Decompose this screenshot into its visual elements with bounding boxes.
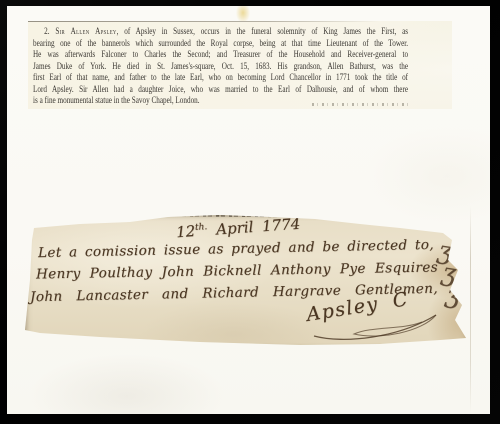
print-line-text: , of Apsley in Sussex, occurs in the fun…: [117, 26, 408, 36]
signature-swash: [310, 310, 450, 346]
print-line: He was afterwards Falconer to Charles th…: [33, 49, 408, 61]
scanned-document-screenshot: 2. Sir Allen Apsley, of Apsley in Sussex…: [0, 0, 500, 424]
date-ordinal: th.: [195, 222, 208, 233]
print-line: 2. Sir Allen Apsley, of Apsley in Sussex…: [33, 26, 408, 38]
person-name: Sir Allen Apsley: [55, 26, 116, 36]
scan-page-background: 2. Sir Allen Apsley, of Apsley in Sussex…: [7, 6, 490, 414]
date-day: 12: [176, 222, 196, 241]
item-number: 2.: [44, 26, 49, 36]
print-line: James Duke of York. He died in St. James…: [33, 61, 408, 73]
cut-off-text-fragment: [312, 103, 410, 106]
printed-clipping: 2. Sir Allen Apsley, of Apsley in Sussex…: [28, 21, 452, 109]
paper-crease: [470, 206, 471, 414]
print-line: bearing one of the bannerols which surro…: [33, 38, 408, 50]
clipping-cut-edge: [28, 21, 380, 22]
print-line: Lord Apsley. Sir Allen had a daughter Jo…: [33, 84, 408, 96]
print-line: first Earl of that name, and father to t…: [33, 72, 408, 84]
manuscript-slip: 12th. April 1774 Let a comission issue a…: [24, 212, 470, 350]
print-paragraph: 2. Sir Allen Apsley, of Apsley in Sussex…: [33, 26, 408, 107]
